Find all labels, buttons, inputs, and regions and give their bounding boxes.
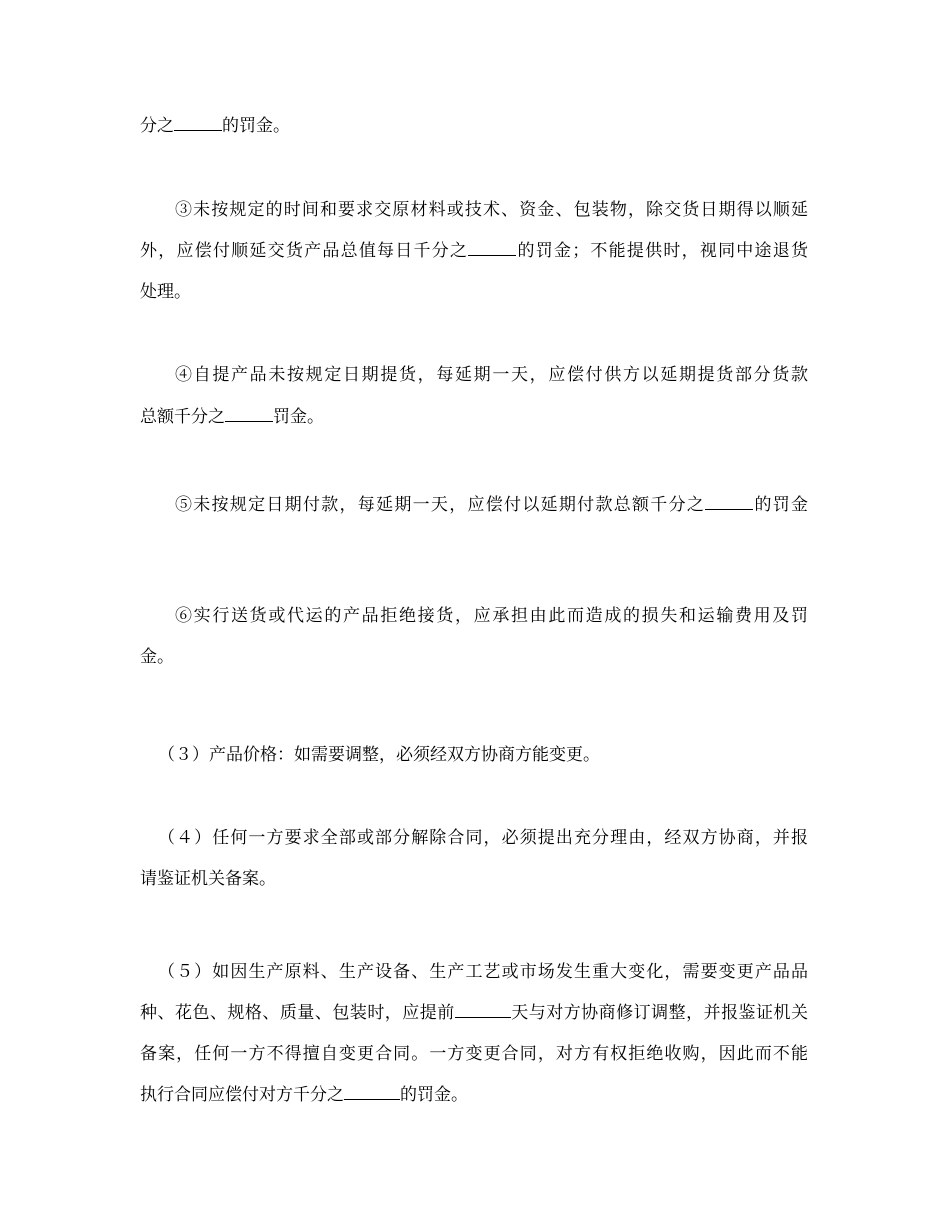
paragraph-item-3-line-3: 处理。 [140,281,808,303]
text: （４）任何一方要求全部或部分解除合同，必须提出充分理由，经双方协商，并报 [158,828,808,848]
text: 的罚金；不能提供时，视同中途退货 [516,241,808,261]
text: 总额千分之 [140,407,225,427]
text: （３）产品价格：如需要调整，必须经双方协商方能变更。 [158,745,600,765]
text: 金。 [140,647,174,667]
paragraph-item-4-line-1: ④自提产品未按规定日期提货，每延期一天，应偿付供方以延期提货部分货款 [175,364,808,386]
paragraph-item-3-line-1: ③未按规定的时间和要求交原材料或技术、资金、包装物，除交货日期得以顺延 [175,199,808,221]
paragraph-penalty-continuation: 分之的罚金。 [140,115,808,137]
fill-in-blank[interactable] [455,1003,511,1018]
text: 备案，任何一方不得擅自变更合同。一方变更合同，对方有权拒绝收购，因此而不能 [140,1044,808,1064]
paragraph-clause-4-line-1: （４）任何一方要求全部或部分解除合同，必须提出充分理由，经双方协商，并报 [158,827,808,849]
text: 的罚金。 [222,116,290,136]
text: 天与对方协商修订调整，并报鉴证机关 [511,1003,808,1023]
text: 外，应偿付顺延交货产品总值每日千分之 [140,241,468,261]
paragraph-item-6-line-2: 金。 [140,646,808,668]
text: 执行合同应偿付对方千分之 [140,1085,344,1105]
paragraph-item-5-line-1: ⑤未按规定日期付款，每延期一天，应偿付以延期付款总额千分之的罚金 [175,494,808,516]
text: 罚金。 [273,407,324,427]
paragraph-clause-5-line-1: （５）如因生产原料、生产设备、生产工艺或市场发生重大变化，需要变更产品品 [158,961,808,983]
text: ③未按规定的时间和要求交原材料或技术、资金、包装物，除交货日期得以顺延 [175,200,808,220]
text: 的罚金 [753,495,808,515]
fill-in-blank[interactable] [344,1085,400,1100]
fill-in-blank[interactable] [468,241,516,256]
paragraph-item-4-line-2: 总额千分之罚金。 [140,406,808,428]
paragraph-clause-5-line-2: 种、花色、规格、质量、包装时，应提前天与对方协商修订调整，并报鉴证机关 [140,1002,808,1024]
paragraph-item-3-line-2: 外，应偿付顺延交货产品总值每日千分之的罚金；不能提供时，视同中途退货 [140,240,808,262]
paragraph-clause-5-line-3: 备案，任何一方不得擅自变更合同。一方变更合同，对方有权拒绝收购，因此而不能 [140,1043,808,1065]
text: 分之 [140,116,174,136]
text: （５）如因生产原料、生产设备、生产工艺或市场发生重大变化，需要变更产品品 [158,962,808,982]
paragraph-clause-3: （３）产品价格：如需要调整，必须经双方协商方能变更。 [158,744,808,766]
fill-in-blank[interactable] [705,495,753,510]
paragraph-clause-5-line-4: 执行合同应偿付对方千分之的罚金。 [140,1084,808,1106]
text: ⑤未按规定日期付款，每延期一天，应偿付以延期付款总额千分之 [175,495,705,515]
text: ⑥实行送货或代运的产品拒绝接货，应承担由此而造成的损失和运输费用及罚 [175,606,808,626]
text: 处理。 [140,282,191,302]
fill-in-blank[interactable] [225,407,273,422]
text: ④自提产品未按规定日期提货，每延期一天，应偿付供方以延期提货部分货款 [175,365,808,385]
text: 种、花色、规格、质量、包装时，应提前 [140,1003,455,1023]
paragraph-clause-4-line-2: 请鉴证机关备案。 [140,868,808,890]
text: 请鉴证机关备案。 [140,869,276,889]
text: 的罚金。 [400,1085,468,1105]
fill-in-blank[interactable] [174,116,222,131]
paragraph-item-6-line-1: ⑥实行送货或代运的产品拒绝接货，应承担由此而造成的损失和运输费用及罚 [175,605,808,627]
